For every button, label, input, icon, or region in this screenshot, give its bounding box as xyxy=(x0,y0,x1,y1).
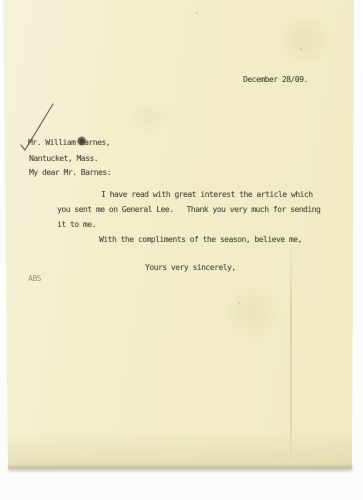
paper-stain xyxy=(265,5,345,75)
recipient-name-line: Mr. William Barnes, xyxy=(28,138,110,147)
letter-paper: December 28/09. Mr. William Barnes, Nant… xyxy=(0,0,363,470)
paper-speck xyxy=(238,302,240,304)
body-line: With the compliments of the season, beli… xyxy=(99,235,302,244)
body-line: it to me. xyxy=(57,220,96,229)
paper-bottom-edge xyxy=(8,464,354,469)
body-line: I have read with great interest the arti… xyxy=(101,190,313,199)
ink-blot xyxy=(77,136,87,146)
date-line: December 28/09. xyxy=(243,75,308,84)
closing-line: Yours very sincerely, xyxy=(145,263,236,272)
body-line: you sent me on General Lee. Thank you ve… xyxy=(57,205,320,214)
paper-stain xyxy=(210,270,295,355)
paper-stain xyxy=(0,432,363,468)
paper-speck xyxy=(300,48,302,50)
salutation-line: My dear Mr. Barnes: xyxy=(29,168,111,177)
paper-stain xyxy=(120,95,180,140)
scanned-letter-page: December 28/09. Mr. William Barnes, Nant… xyxy=(0,0,363,500)
paper-crease xyxy=(290,240,292,468)
recipient-address-line: Nantucket, Mass. xyxy=(29,154,98,163)
typist-initials: ABS xyxy=(28,274,41,283)
paper-speck xyxy=(196,12,198,14)
